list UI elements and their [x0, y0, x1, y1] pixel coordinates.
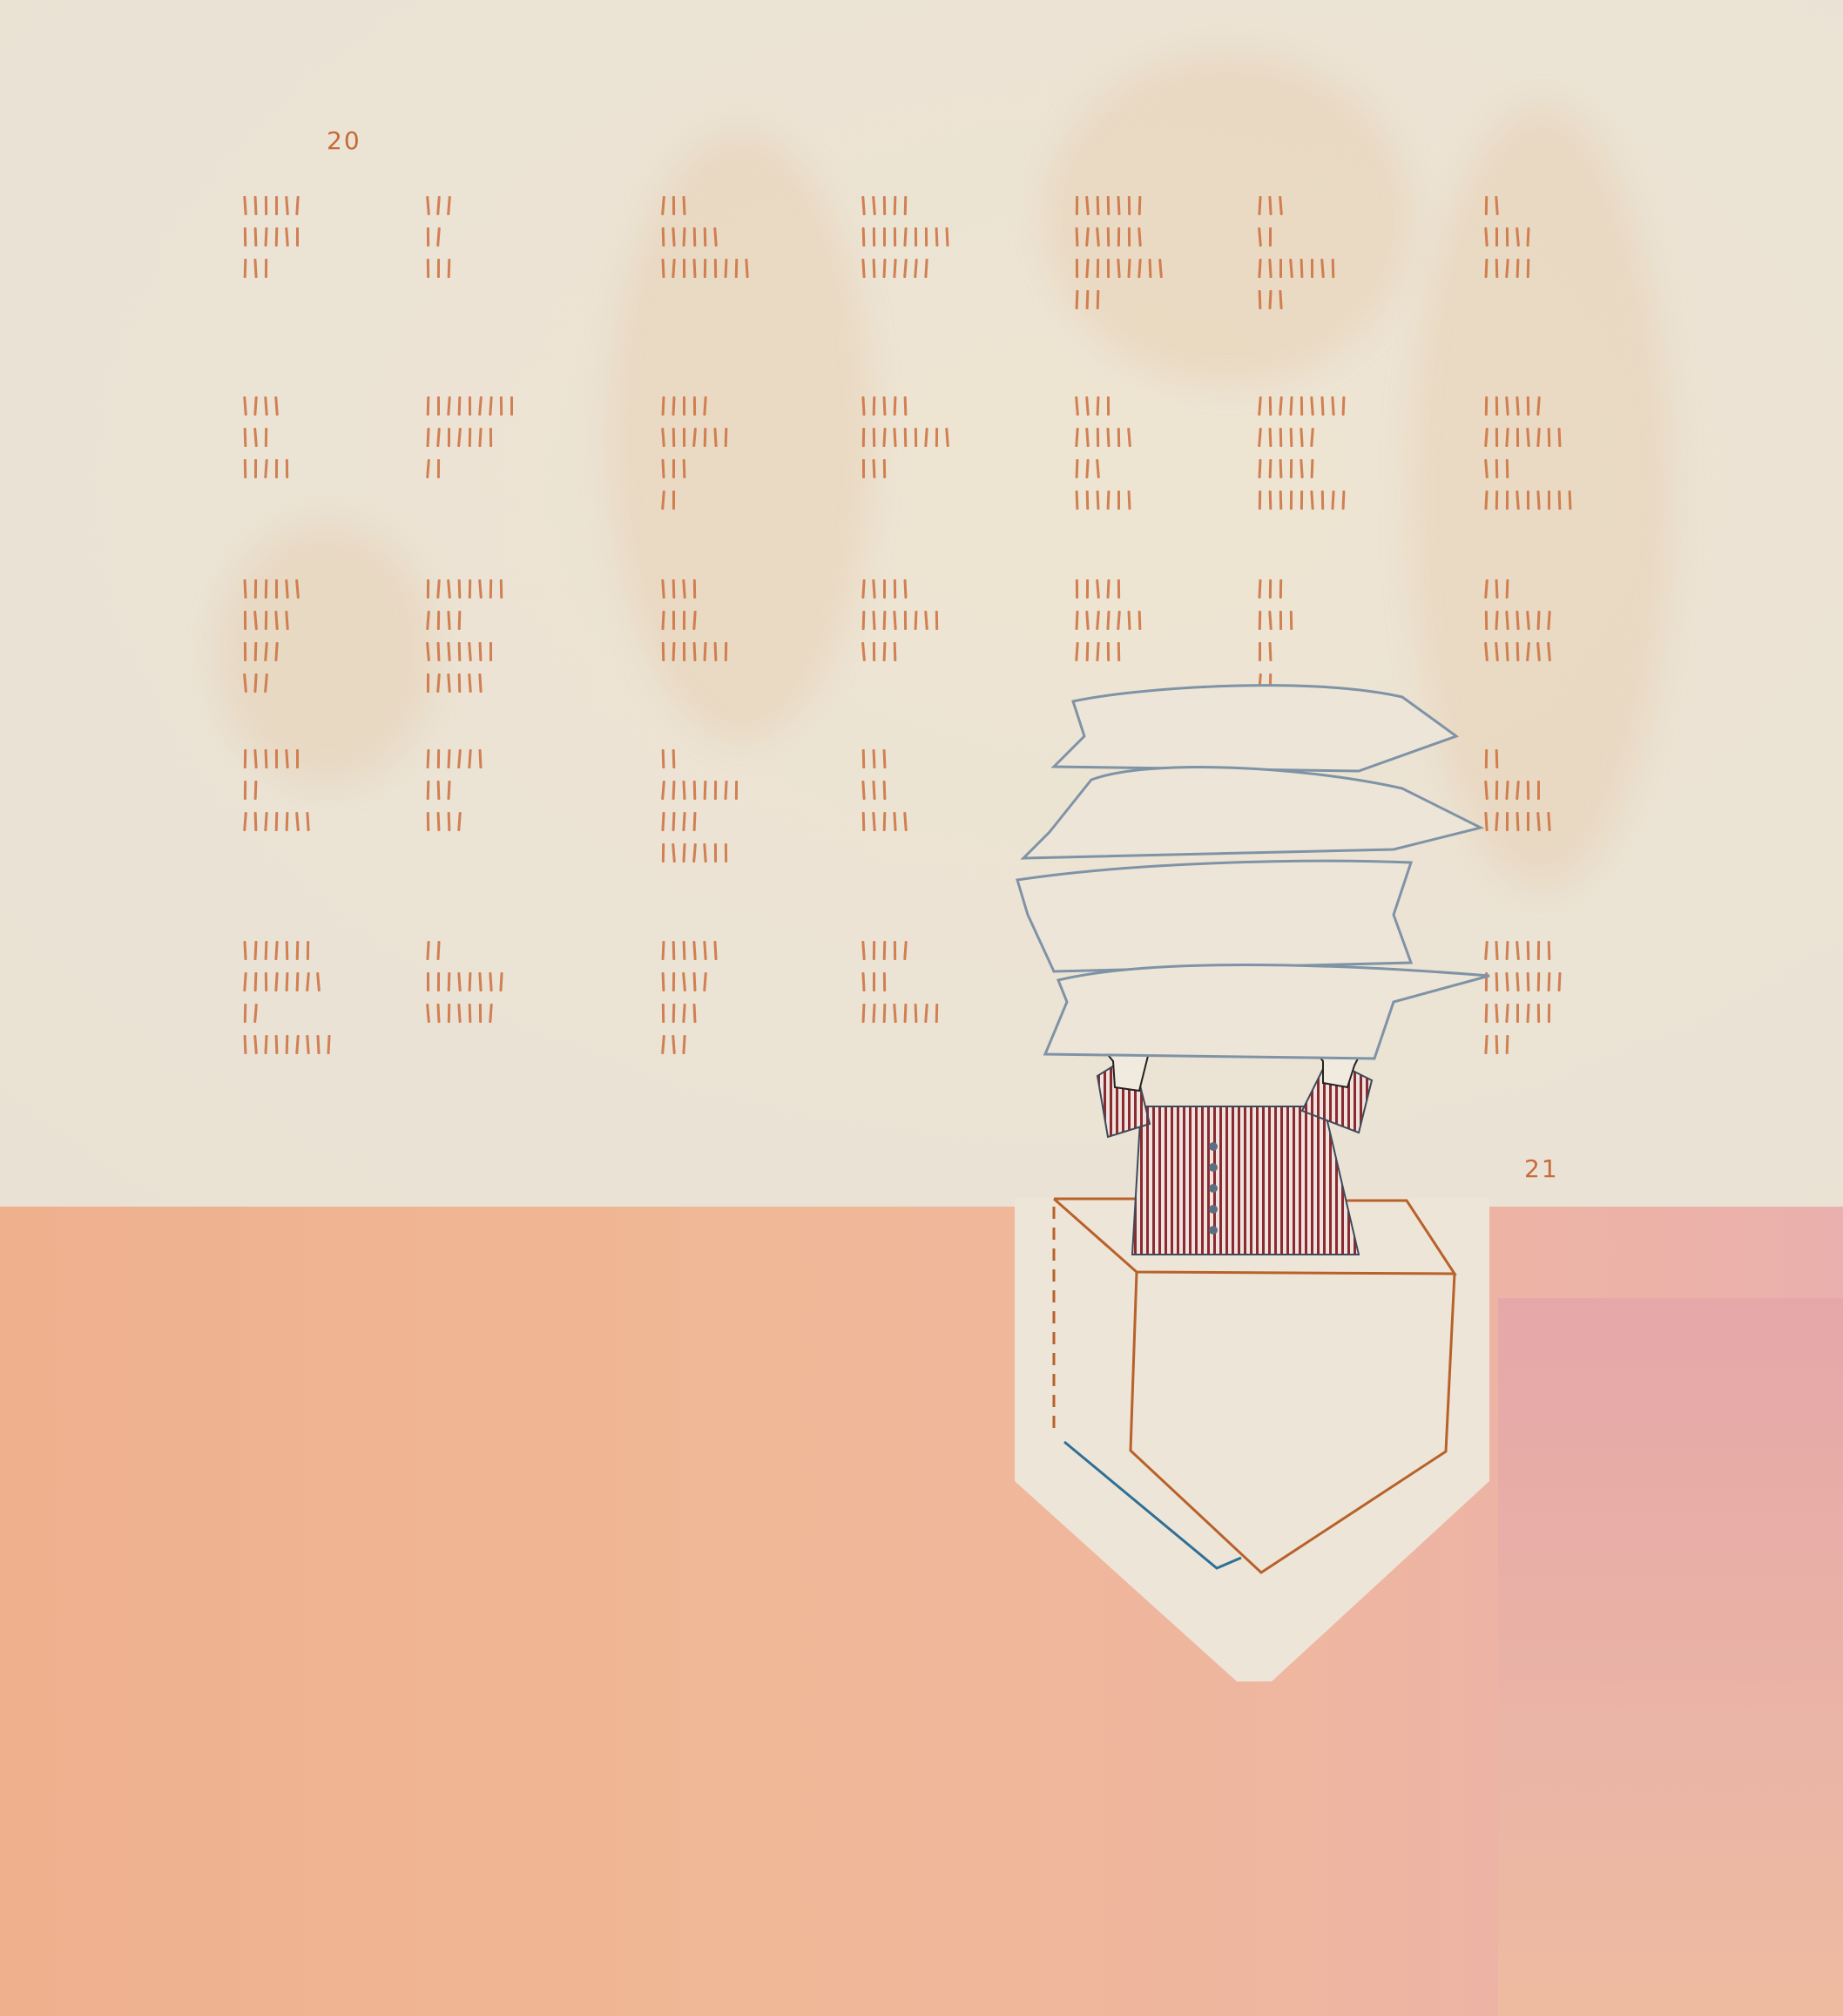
- artwork-canvas: 20 21: [0, 0, 1843, 2016]
- pillow-4: [1045, 965, 1489, 1059]
- figure-illustration: [0, 0, 1843, 2016]
- pocket-shape: [1015, 1198, 1489, 1681]
- pillow-stack: [1017, 686, 1489, 1059]
- pillow-1: [1054, 686, 1456, 771]
- pillow-2: [1023, 768, 1481, 858]
- pillow-3: [1017, 861, 1411, 971]
